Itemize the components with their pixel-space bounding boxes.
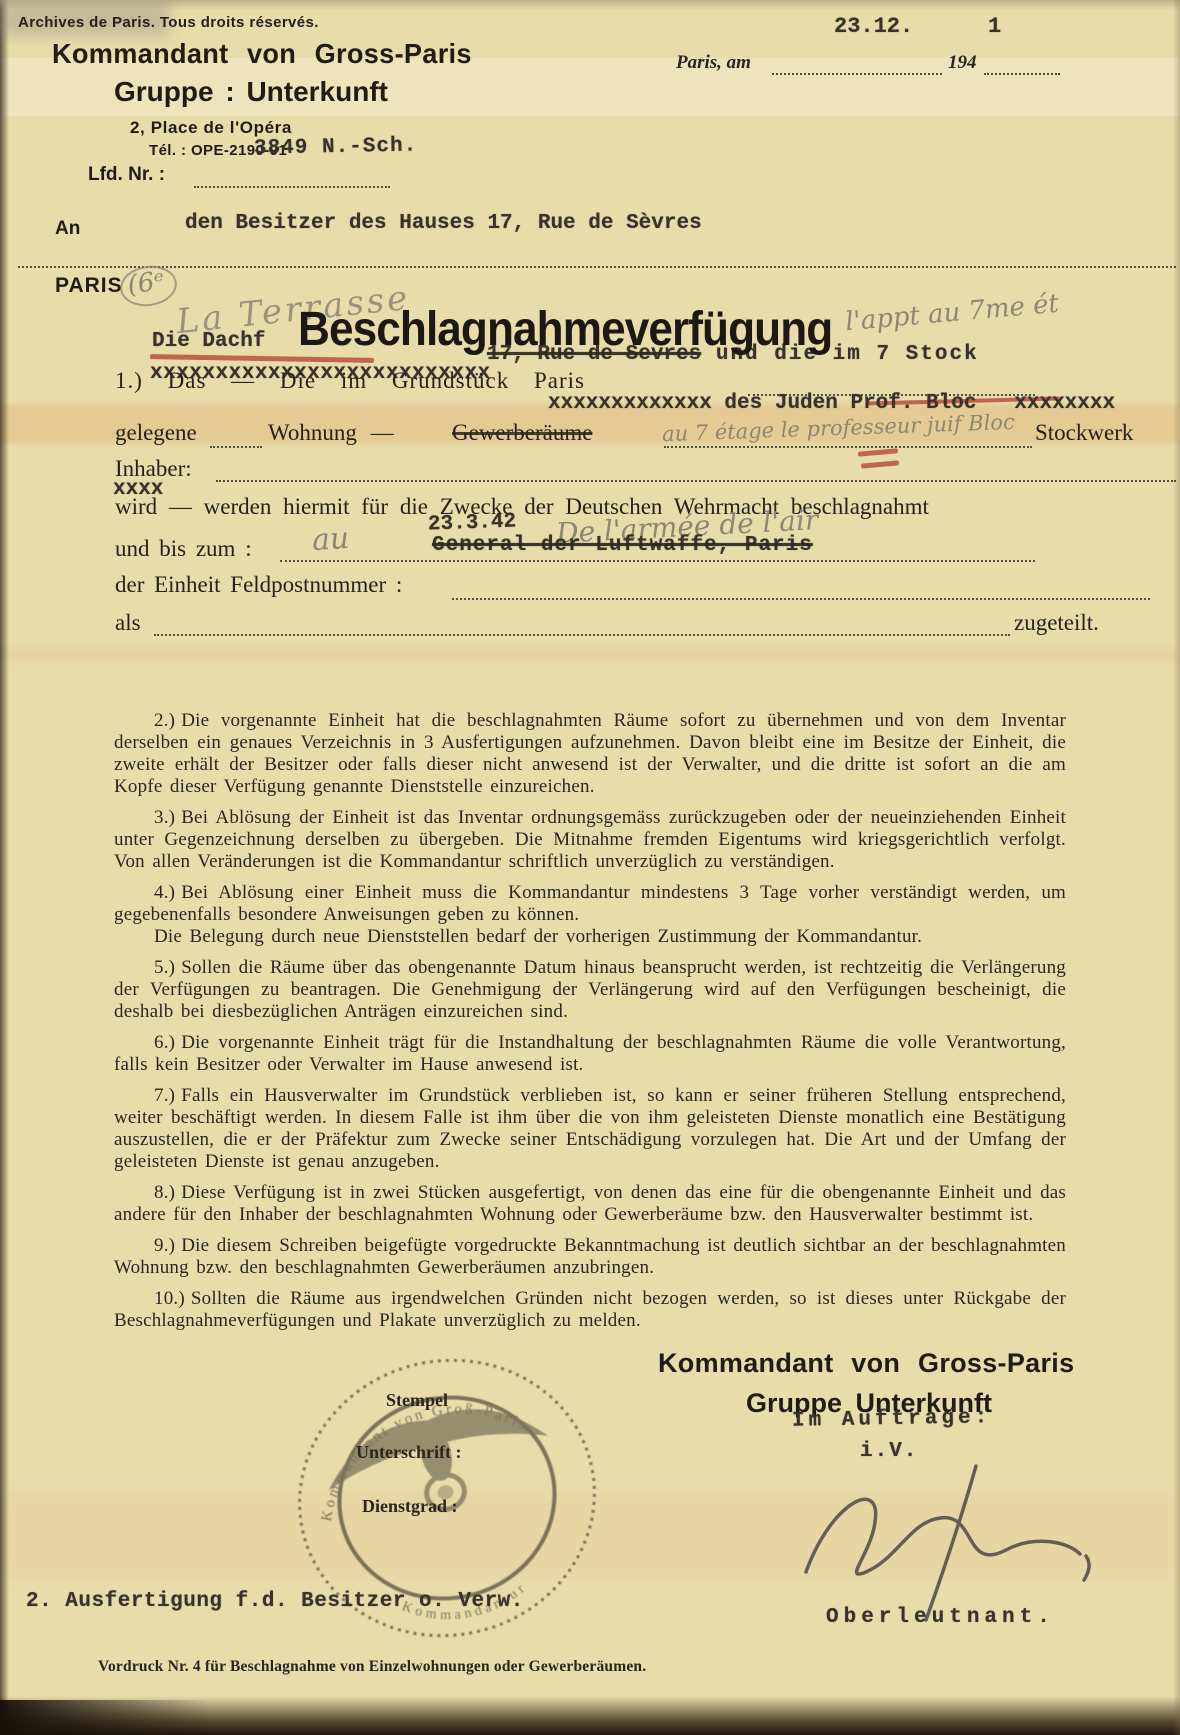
typed-reference: 3849 N.-Sch.: [254, 135, 418, 161]
clause1-label: 1.) Das — Die im Grundstück Paris: [115, 368, 585, 394]
paragraph-3-number: 3.): [154, 807, 181, 828]
gelegene-dotted-line: [210, 426, 262, 448]
paragraph-3: 3.)Bei Ablösung der Einheit ist das Inve…: [114, 807, 1066, 873]
pencil-appt-annotation: l'appt au 7me ét: [844, 289, 1060, 338]
feldpost-dotted-line: [452, 578, 1150, 600]
red-equals-mark-top: [858, 448, 898, 456]
paragraph-4b-text: Die Belegung durch neue Dienststellen be…: [154, 926, 922, 947]
typed-im-auftrage: Im Auftrage:: [792, 1406, 992, 1432]
paragraph-7-number: 7.): [154, 1085, 181, 1106]
year-prefix: 194: [948, 52, 977, 74]
paragraph-4-continuation: Die Belegung durch neue Dienststellen be…: [114, 926, 1066, 948]
paragraph-10: 10.)Sollten die Räume aus irgendwelchen …: [114, 1288, 1066, 1332]
handwritten-signature: [778, 1452, 1123, 1627]
paragraph-7-text: Falls ein Hausverwalter im Grundstück ve…: [114, 1085, 1066, 1172]
letterhead-address: 2, Place de l'Opéra: [130, 118, 292, 138]
paragraph-5: 5.)Sollen die Räume über das obengenannt…: [114, 957, 1066, 1023]
page-corner-bottom-left: [0, 1700, 280, 1735]
lfd-nr-label: Lfd. Nr. :: [88, 164, 165, 186]
paris-am-dotted-line: [772, 53, 942, 75]
bis-zum-label: und bis zum :: [115, 536, 252, 562]
typed-luftwaffe-unit: General der Luftwaffe, Paris: [432, 534, 813, 557]
paragraph-9-text: Die diesem Schreiben beigefügte vorgedru…: [114, 1235, 1066, 1278]
paragraph-5-number: 5.): [154, 957, 181, 978]
paragraph-8-text: Diese Verfügung ist in zwei Stücken ausg…: [114, 1182, 1066, 1225]
paragraph-8: 8.)Diese Verfügung ist in zwei Stücken a…: [114, 1182, 1066, 1226]
stamp-label-stempel: Stempel: [386, 1390, 448, 1411]
stamp-label-dienstgrad: Dienstgrad :: [362, 1496, 458, 1517]
paragraph-2-text: Die vorgenannte Einheit hat die beschlag…: [114, 710, 1066, 797]
als-label: als: [115, 610, 141, 636]
gewerberaeume-label: Gewerberäume: [452, 420, 592, 446]
paragraph-2-number: 2.): [154, 710, 181, 731]
footer-form-note: Vordruck Nr. 4 für Beschlagnahme von Ein…: [98, 1658, 646, 1676]
paragraph-4: 4.)Bei Ablösung einer Einheit muss die K…: [114, 882, 1066, 926]
typed-copy-note: 2. Ausfertigung f.d. Besitzer o. Verw.: [26, 1590, 524, 1613]
addressee-dotted-rule: [18, 246, 1176, 268]
signature-org-line1: Kommandant von Gross-Paris: [658, 1348, 1074, 1379]
gelegene-label: gelegene: [115, 420, 197, 446]
year-dotted-line: [984, 53, 1060, 75]
an-label: An: [55, 218, 80, 240]
conditions-paragraphs: 2.)Die vorgenannte Einheit hat die besch…: [114, 710, 1066, 1402]
typed-date-top: 23.12.: [834, 14, 913, 39]
clause1-typed-insert: xxxxxxxxxxxxx des Juden Prof. Bloc xxxxx…: [548, 392, 1115, 415]
paragraph-6: 6.)Die vorgenannte Einheit trägt für die…: [114, 1032, 1066, 1076]
zugeteilt-label: zugeteilt.: [1014, 610, 1099, 636]
page-edge-left: [0, 0, 9, 1735]
document-title: Beschlagnahmeverfügung: [298, 302, 832, 357]
typed-rank: Oberleutnant.: [826, 1606, 1055, 1629]
feldpost-label: der Einheit Feldpostnummer :: [115, 572, 402, 598]
paragraph-10-text: Sollten die Räume aus irgendwelchen Grün…: [114, 1288, 1066, 1331]
wohnung-label: Wohnung —: [268, 420, 394, 446]
typed-die-dachf: Die Dachf: [152, 330, 265, 353]
typed-page-number: 1: [988, 14, 1001, 39]
paris-am-label: Paris, am: [676, 52, 751, 74]
letterhead-org-line1: Kommandant von Gross-Paris: [52, 38, 472, 70]
paragraph-4-text: Bei Ablösung einer Einheit muss die Komm…: [114, 882, 1066, 925]
pencil-district-annotation: (6ᵉ: [117, 262, 179, 310]
watermark: Archives de Paris. Tous droits réservés.: [18, 14, 319, 31]
addressee-typed-line: den Besitzer des Hauses 17, Rue de Sèvre…: [185, 212, 702, 235]
paragraph-3-text: Bei Ablösung der Einheit ist das Inventa…: [114, 807, 1066, 872]
page-edge-bottom: [0, 1696, 1180, 1735]
paragraph-6-text: Die vorgenannte Einheit trägt für die In…: [114, 1032, 1066, 1075]
paragraph-6-number: 6.): [154, 1032, 181, 1053]
paragraph-8-number: 8.): [154, 1182, 181, 1203]
letterhead-org-line2: Gruppe : Unterkunft: [114, 76, 388, 108]
paragraph-7: 7.)Falls ein Hausverwalter im Grundstück…: [114, 1085, 1066, 1173]
paper-crease: [0, 648, 1180, 662]
stamp-label-unterschrift: Unterschrift :: [356, 1442, 461, 1463]
document-scan: Archives de Paris. Tous droits réservés.…: [0, 0, 1180, 1735]
paragraph-4-number: 4.): [154, 882, 181, 903]
lfd-nr-dotted-line: [194, 166, 390, 188]
page-edge-top: [0, 0, 1180, 10]
inhaber-dotted-line: [216, 460, 1176, 482]
city-label: PARIS: [55, 274, 123, 298]
typed-date-2342: 23.3.42: [428, 510, 517, 536]
stockwerk-label: Stockwerk: [1035, 420, 1133, 446]
als-dotted-line: [154, 614, 1010, 636]
pencil-au-annotation: au: [311, 521, 351, 559]
paragraph-5-text: Sollen die Räume über das obengenannte D…: [114, 957, 1066, 1022]
paragraph-2: 2.)Die vorgenannte Einheit hat die besch…: [114, 710, 1066, 798]
paragraph-10-number: 10.): [154, 1288, 191, 1309]
paragraph-9-number: 9.): [154, 1235, 181, 1256]
paragraph-9: 9.)Die diesem Schreiben beigefügte vorge…: [114, 1235, 1066, 1279]
